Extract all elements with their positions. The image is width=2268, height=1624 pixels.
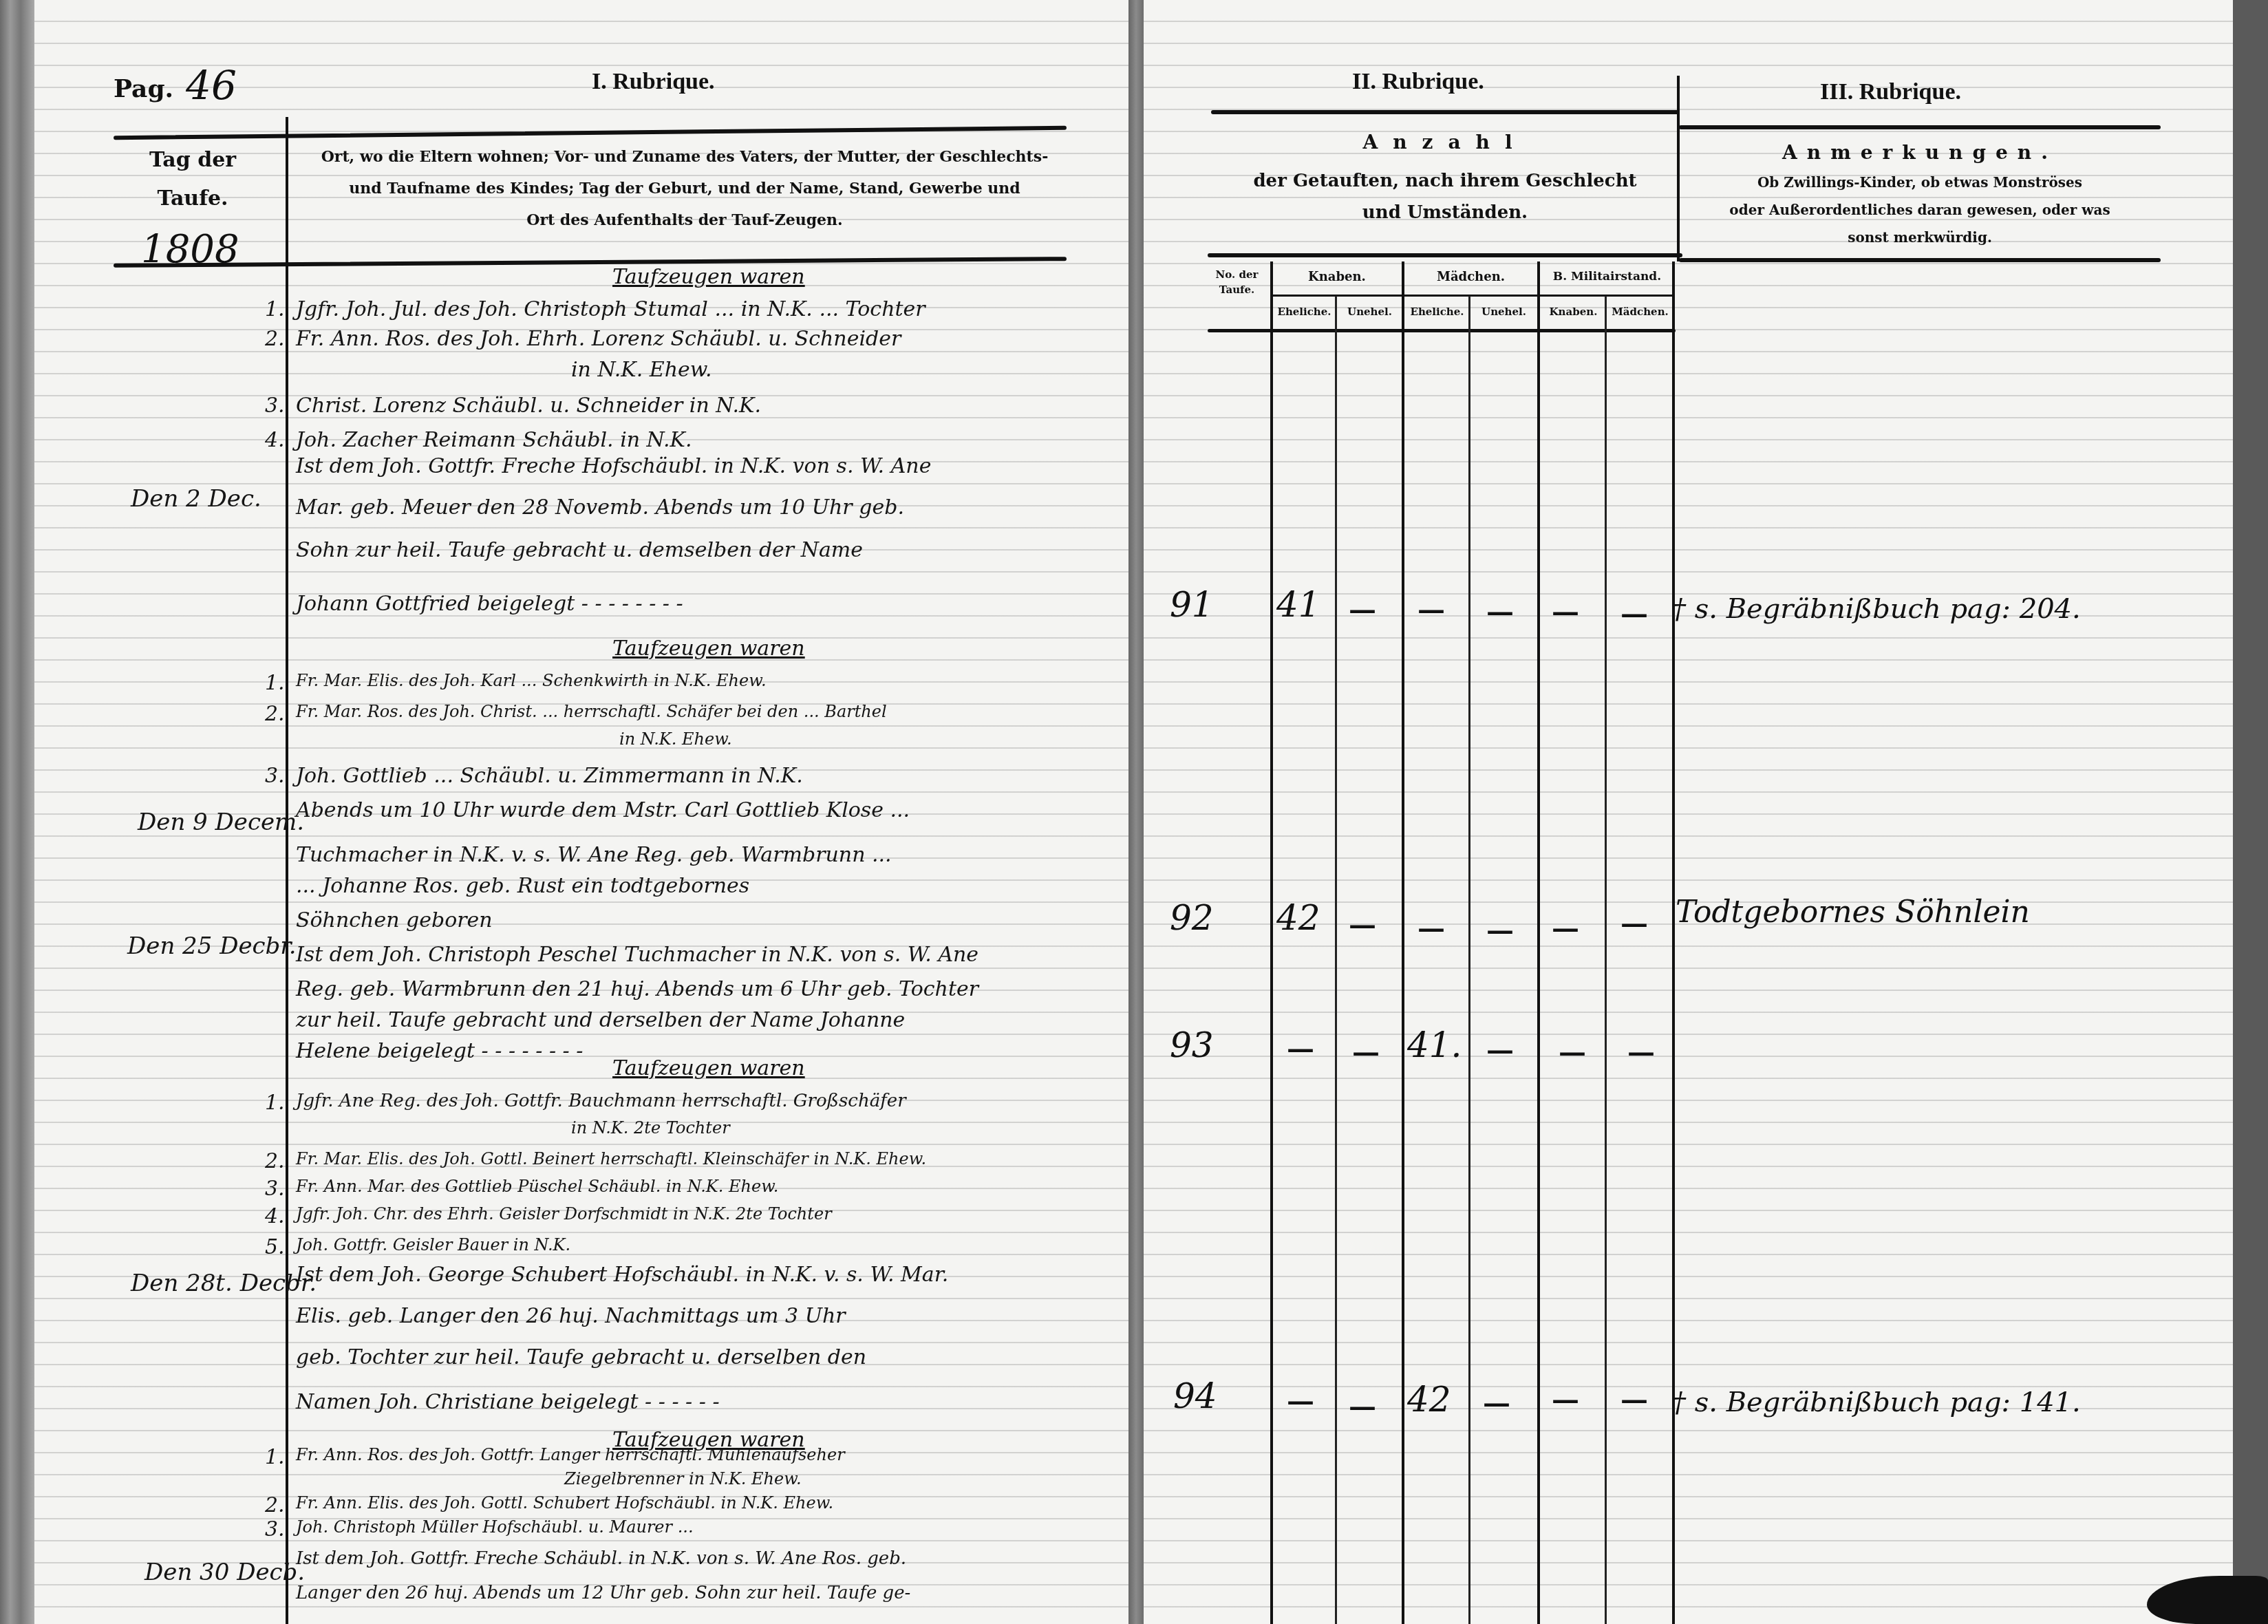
witness-title: Taufzeugen waren	[612, 1056, 805, 1080]
entry-number: 94	[1173, 1376, 1217, 1416]
record-line: Langer den 26 huj. Abends um 12 Uhr geb.…	[296, 1583, 910, 1603]
baptism-date: Den 2 Dec.	[131, 485, 261, 513]
entry-number: 93	[1170, 1025, 1214, 1065]
witness-number: 3.	[265, 394, 285, 418]
record-line: Elis. geb. Langer den 26 huj. Nachmittag…	[296, 1304, 846, 1328]
record-line: Sohn zur heil. Taufe gebracht u. demselb…	[296, 538, 863, 562]
witness-line: Fr. Ann. Ros. des Joh. Ehrh. Lorenz Schä…	[296, 327, 901, 351]
subheader-maedchen-eheliche: Eheliche.	[1404, 306, 1470, 318]
rubrique-2-heading: Anzahl	[1211, 131, 1679, 153]
subheader-no-der-taufe: No. der Taufe.	[1204, 267, 1270, 297]
witness-line: Jgfr. Joh. Chr. des Ehrh. Geisler Dorfsc…	[296, 1204, 832, 1224]
rubrique-1-desc-line2: und Taufname des Kindes; Tag der Geburt,…	[296, 173, 1073, 204]
subheader-militairstand: B. Militairstand.	[1540, 270, 1674, 284]
witness-line: Jgfr. Ane Reg. des Joh. Gottfr. Bauchman…	[296, 1091, 906, 1111]
rubrique-3-heading: Anmerkungen.	[1679, 141, 2161, 164]
witness-line: Fr. Ann. Ros. des Joh. Gottfr. Langer he…	[296, 1445, 845, 1464]
record-line: Ist dem Joh. George Schubert Hofschäubl.…	[296, 1263, 948, 1287]
witness-line: Christ. Lorenz Schäubl. u. Schneider in …	[296, 394, 761, 418]
record-line: Reg. geb. Warmbrunn den 21 huj. Abends u…	[296, 977, 978, 1001]
remark-text: † s. Begräbnißbuch pag: 141.	[1672, 1387, 2081, 1418]
witness-number: 1.	[265, 1445, 285, 1469]
col-line-7	[1672, 261, 1675, 1624]
col-line-5	[1537, 261, 1540, 1624]
mil-knaben-value: —	[1552, 1383, 1579, 1415]
rubrique-2-desc-line2: und Umständen.	[1211, 197, 1679, 228]
witness-number: 1.	[265, 671, 285, 695]
mil-knaben-value: —	[1552, 912, 1579, 944]
record-line: Tuchmacher in N.K. v. s. W. Ane Reg. geb…	[296, 843, 892, 867]
column-divider-date	[286, 117, 288, 1624]
maedchen-unehel-value: —	[1486, 595, 1514, 628]
knaben-eheliche-value: 41	[1276, 585, 1320, 625]
record-line: Namen Joh. Christiane beigelegt - - - - …	[296, 1390, 720, 1414]
witness-line: Fr. Mar. Ros. des Joh. Christ. ... herrs…	[296, 702, 887, 721]
witness-line: Fr. Ann. Mar. des Gottlieb Püschel Schäu…	[296, 1177, 778, 1196]
maedchen-eheliche-value: 41.	[1407, 1025, 1462, 1065]
rubrique-3-desc-line3: sonst merkwürdig.	[1679, 224, 2161, 251]
witness-line-cont: in N.K. Ehew.	[619, 729, 732, 749]
record-line: Ist dem Joh. Gottfr. Freche Schäubl. in …	[296, 1548, 906, 1569]
baptism-date: Den 9 Decem.	[138, 809, 304, 836]
witness-number: 2.	[265, 1149, 285, 1173]
knaben-unehel-value: —	[1352, 1036, 1380, 1068]
mil-knaben-value: —	[1552, 595, 1579, 628]
record-line: Mar. geb. Meuer den 28 Novemb. Abends um…	[296, 495, 904, 520]
subheader-divider	[1272, 295, 1674, 297]
witness-number: 2.	[265, 702, 285, 726]
maedchen-unehel-value: —	[1486, 914, 1514, 946]
rubrique-3-title: III. Rubrique.	[1820, 79, 1961, 105]
rubrique-3-desc-line1: Ob Zwillings-Kinder, ob etwas Monströses	[1679, 169, 2161, 196]
knaben-eheliche-value: —	[1287, 1385, 1314, 1417]
col-line-1	[1270, 261, 1273, 1624]
mil-maedchen-value: —	[1627, 1036, 1655, 1068]
baptism-date: Den 25 Decbr.	[127, 932, 297, 960]
subheader-maedchen-unehel: Unehel.	[1470, 306, 1537, 318]
mil-knaben-value: —	[1559, 1036, 1586, 1068]
witness-line: Joh. Zacher Reimann Schäubl. in N.K.	[296, 428, 692, 452]
witness-number: 3.	[265, 1177, 285, 1201]
header-rule-bottom-rubrique-2	[1208, 253, 1682, 257]
mil-maedchen-value: —	[1620, 1383, 1648, 1415]
knaben-eheliche-value: 42	[1276, 898, 1320, 938]
witness-number: 5.	[265, 1235, 285, 1259]
witness-title: Taufzeugen waren	[612, 637, 805, 661]
remark-text: † s. Begräbnißbuch pag: 204.	[1672, 593, 2081, 625]
witness-line-cont: in N.K. Ehew.	[571, 358, 712, 382]
maedchen-unehel-value: —	[1486, 1034, 1514, 1066]
record-line: Ist dem Joh. Christoph Peschel Tuchmache…	[296, 943, 978, 967]
rubrique-3-desc-line2: oder Außerordentliches daran gewesen, od…	[1679, 196, 2161, 224]
witness-line-cont: Ziegelbrenner in N.K. Ehew.	[564, 1469, 802, 1488]
entry-number: 91	[1170, 585, 1214, 625]
subheader-mil-maedchen: Mädchen.	[1607, 306, 1673, 318]
mil-maedchen-value: —	[1620, 597, 1648, 630]
maedchen-eheliche-value: —	[1417, 912, 1445, 944]
rubrique-2-description: der Getauften, nach ihrem Geschlecht und…	[1211, 165, 1679, 228]
maedchen-eheliche-value: —	[1417, 593, 1445, 626]
record-line: Ist dem Joh. Gottfr. Freche Hofschäubl. …	[296, 454, 931, 478]
record-line: Helene beigelegt - - - - - - - -	[296, 1039, 583, 1063]
baptism-date: Den 28t. Decbr.	[131, 1270, 317, 1297]
record-line: geb. Tochter zur heil. Taufe gebracht u.…	[296, 1345, 866, 1369]
knaben-eheliche-value: —	[1287, 1032, 1314, 1065]
page-number: 46	[186, 62, 237, 109]
witness-line: Jgfr. Joh. Jul. des Joh. Christoph Stuma…	[296, 297, 926, 321]
witness-line: Fr. Mar. Elis. des Joh. Gottl. Beinert h…	[296, 1149, 926, 1168]
book-spine-left	[0, 0, 34, 1624]
subheader-knaben: Knaben.	[1272, 270, 1402, 284]
header-rule-bottom-rubrique-3	[1679, 258, 2161, 262]
col-line-4	[1468, 296, 1470, 1624]
remark-text: Todtgebornes Söhnlein	[1676, 895, 2030, 930]
book-edge-right	[2233, 0, 2268, 1624]
record-line: ... Johanne Ros. geb. Rust ein todtgebor…	[296, 874, 749, 898]
witness-number: 4.	[265, 1204, 285, 1228]
knaben-unehel-value: —	[1349, 1390, 1376, 1422]
witness-number: 3.	[265, 764, 285, 788]
rubrique-1-desc-line1: Ort, wo die Eltern wohnen; Vor- und Zuna…	[296, 141, 1073, 173]
entry-number: 92	[1170, 898, 1214, 938]
mil-maedchen-value: —	[1620, 907, 1648, 939]
maedchen-eheliche-value: 42	[1407, 1380, 1451, 1420]
maedchen-unehel-value: —	[1483, 1387, 1510, 1419]
subheader-mil-knaben: Knaben.	[1540, 306, 1607, 318]
witness-line: Joh. Christoph Müller Hofschäubl. u. Mau…	[296, 1517, 694, 1537]
subheader-maedchen: Mädchen.	[1404, 270, 1538, 284]
witness-line: Joh. Gottfr. Geisler Bauer in N.K.	[296, 1235, 570, 1254]
witness-number: 4.	[265, 428, 285, 452]
rubrique-3-description: Ob Zwillings-Kinder, ob etwas Monströses…	[1679, 169, 2161, 251]
record-line: zur heil. Taufe gebracht und derselben d…	[296, 1008, 905, 1032]
witness-number: 3.	[265, 1517, 285, 1541]
witness-line: Joh. Gottlieb ... Schäubl. u. Zimmermann…	[296, 764, 803, 788]
witness-line-cont: in N.K. 2te Tochter	[571, 1118, 730, 1137]
col-line-3	[1402, 261, 1404, 1624]
knaben-unehel-value: —	[1349, 593, 1376, 626]
column-header-tag-der-taufe: Tag der Taufe.	[114, 141, 272, 218]
page-gutter	[1128, 0, 1144, 1624]
col-line-2	[1335, 296, 1337, 1624]
page-label: Pag.	[114, 74, 173, 103]
header-rule-rubrique-3	[1679, 125, 2161, 129]
rubrique-2-title: II. Rubrique.	[1352, 69, 1484, 95]
witness-number: 1.	[265, 297, 285, 321]
witness-line: Fr. Ann. Elis. des Joh. Gottl. Schubert …	[296, 1493, 833, 1513]
rubrique-1-desc-line3: Ort des Aufenthalts der Tauf-Zeugen.	[296, 204, 1073, 236]
subheader-knaben-eheliche: Eheliche.	[1272, 306, 1337, 318]
record-line: Johann Gottfried beigelegt - - - - - - -…	[296, 592, 683, 616]
col-line-6	[1605, 296, 1607, 1624]
witness-number: 1.	[265, 1091, 285, 1115]
rubrique-2-desc-line1: der Getauften, nach ihrem Geschlecht	[1211, 165, 1679, 197]
knaben-unehel-value: —	[1349, 908, 1376, 941]
witness-title: Taufzeugen waren	[612, 265, 805, 289]
subheader-knaben-unehel: Unehel.	[1337, 306, 1402, 318]
witness-number: 2.	[265, 1493, 285, 1517]
record-line: Söhnchen geboren	[296, 908, 493, 932]
rubrique-1-title: I. Rubrique.	[592, 69, 715, 95]
record-line: Abends um 10 Uhr wurde dem Mstr. Carl Go…	[296, 798, 910, 822]
witness-number: 2.	[265, 327, 285, 351]
witness-line: Fr. Mar. Elis. des Joh. Karl ... Schenkw…	[296, 671, 767, 690]
header-rule-rubrique-2	[1211, 110, 1679, 114]
baptism-date: Den 30 Decb.	[145, 1559, 305, 1586]
rubrique-1-description: Ort, wo die Eltern wohnen; Vor- und Zuna…	[296, 141, 1073, 236]
